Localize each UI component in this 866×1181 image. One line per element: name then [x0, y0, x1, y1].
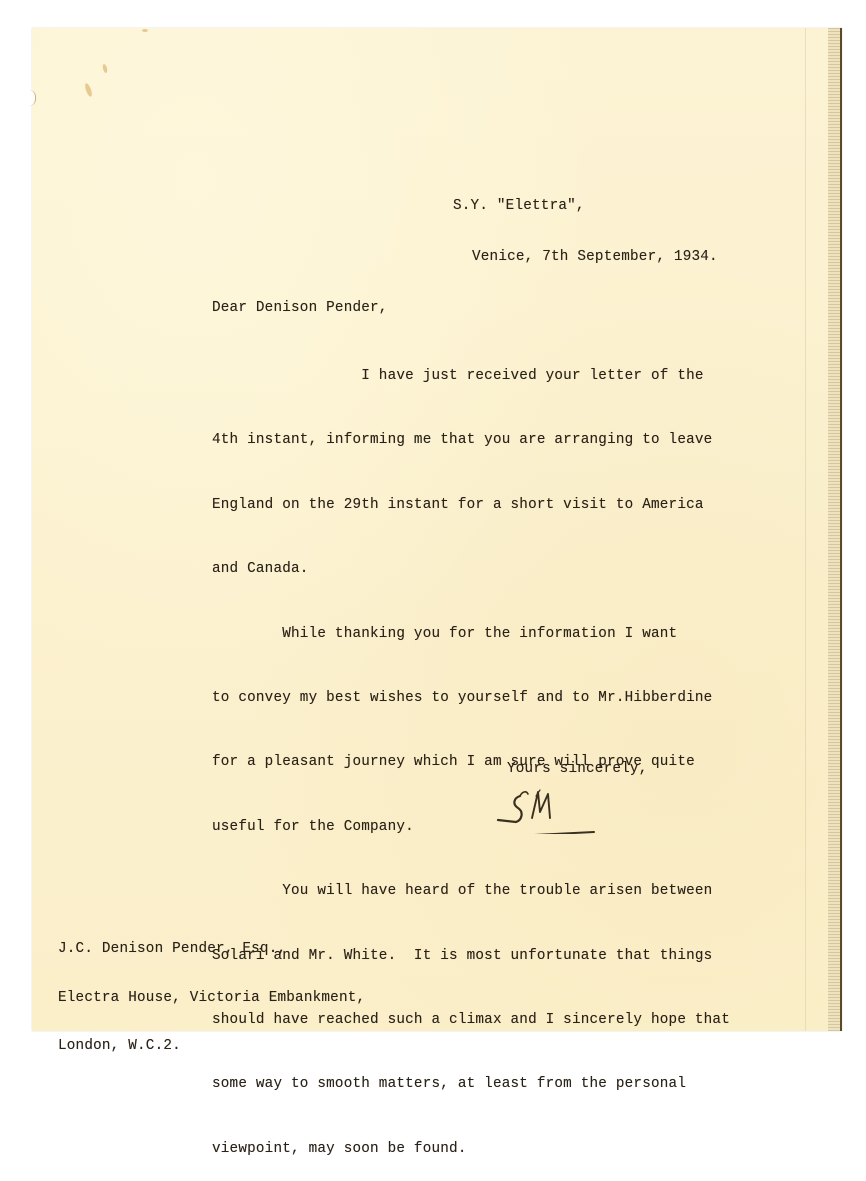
- perforated-edge: [828, 28, 842, 1031]
- body-line: useful for the Company.: [212, 811, 730, 843]
- recipient-address: J.C. Denison Pender, Esq., Electra House…: [58, 909, 365, 1065]
- body-line: England on the 29th instant for a short …: [212, 489, 730, 521]
- stain-mark: [142, 29, 148, 32]
- fold-line: [805, 28, 806, 1031]
- body-line: I have just received your letter of the: [212, 360, 730, 392]
- vessel-name: S.Y. "Elettra",: [453, 197, 718, 216]
- stain-mark: [102, 64, 108, 74]
- body-line: for a pleasant journey which I am sure w…: [212, 746, 730, 778]
- salutation: Dear Denison Pender,: [212, 300, 388, 316]
- body-line: While thanking you for the information I…: [212, 618, 730, 650]
- body-line: You will have heard of the trouble arise…: [212, 875, 730, 907]
- address-line: Electra House, Victoria Embankment,: [58, 990, 365, 1007]
- body-line: to convey my best wishes to yourself and…: [212, 682, 730, 714]
- stain-mark: [84, 83, 93, 98]
- address-line: J.C. Denison Pender, Esq.,: [58, 941, 365, 958]
- letter-header: S.Y. "Elettra", Venice, 7th September, 1…: [453, 165, 718, 283]
- place-date: Venice, 7th September, 1934.: [453, 248, 718, 267]
- body-line: and Canada.: [212, 553, 730, 585]
- address-line: London, W.C.2.: [58, 1038, 365, 1055]
- handwritten-signature: [486, 774, 596, 834]
- body-line: 4th instant, informing me that you are a…: [212, 424, 730, 456]
- edge-tear: [29, 90, 36, 106]
